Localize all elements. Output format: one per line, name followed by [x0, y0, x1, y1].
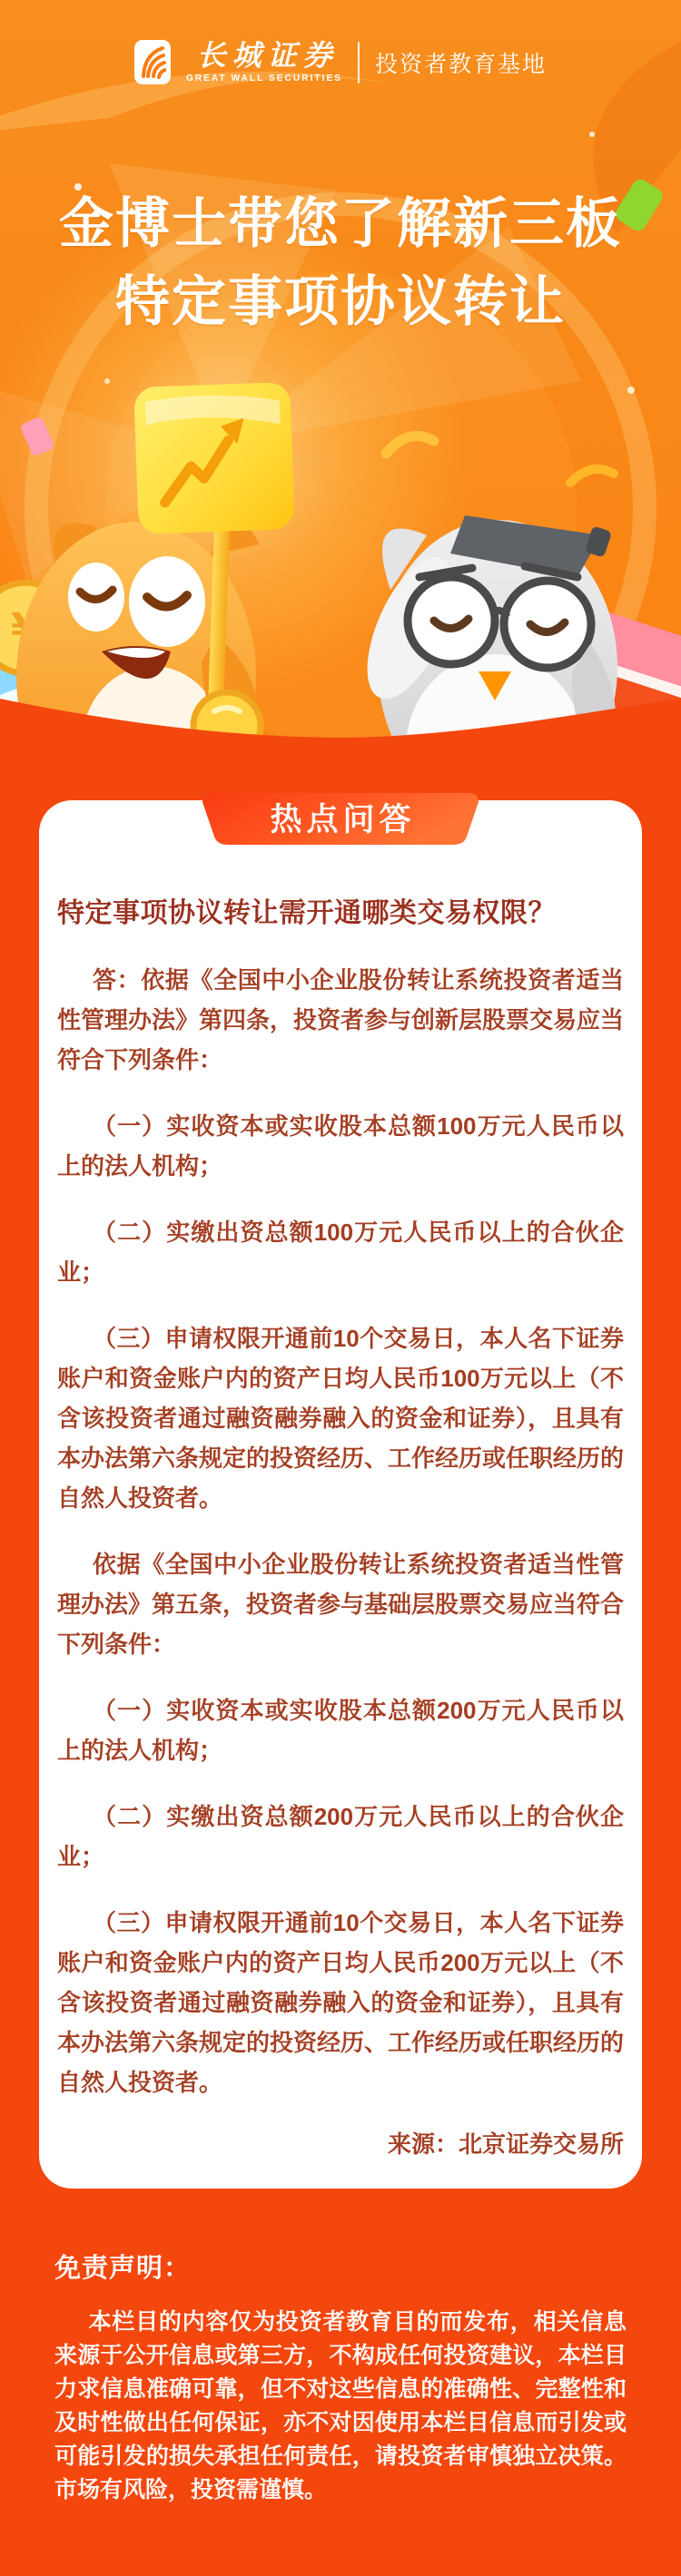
trend-chart-sign-icon: [133, 382, 295, 534]
question-title: 特定事项协议转让需开通哪类交易权限？: [57, 894, 624, 934]
source-attribution: 来源：北京证券交易所: [57, 2124, 624, 2164]
brand-name-en: GREAT WALL SECURITIES: [186, 74, 342, 83]
sparkle-icon: [589, 132, 595, 137]
answer-paragraph: （三）申请权限开通前10个交易日，本人名下证券账户和资金账户内的资产日均人民币1…: [57, 1318, 624, 1518]
header-brand-bar: 长城证券 GREAT WALL SECURITIES 投资者教育基地: [0, 40, 681, 84]
hero-title-line2: 特定事项协议转让: [0, 263, 681, 341]
answer-paragraph: 依据《全国中小企业股份转让系统投资者适当性管理办法》第五条，投资者参与基础层股票…: [57, 1544, 624, 1664]
disclaimer-section: 免责声明： 本栏目的内容仅为投资者教育目的而发布，相关信息来源于公开信息或第三方…: [54, 2250, 627, 2507]
brand-text: 长城证券 GREAT WALL SECURITIES: [186, 41, 342, 83]
hot-qa-badge: 热点问答: [195, 789, 486, 848]
answer-paragraph: 答：依据《全国中小企业股份转让系统投资者适当性管理办法》第四条，投资者参与创新层…: [57, 960, 624, 1080]
hot-qa-badge-label: 热点问答: [195, 789, 486, 848]
great-wall-logo-icon: [134, 40, 171, 84]
brand-tagline: 投资者教育基地: [375, 46, 547, 79]
brand-name-cn: 长城证券: [190, 41, 338, 70]
brand-divider: [358, 42, 360, 83]
answer-paragraph: （二）实缴出资总额200万元人民币以上的合伙企业；: [57, 1797, 624, 1876]
hero-title: 金博士带您了解新三板 特定事项协议转让: [0, 185, 681, 341]
disclaimer-title: 免责声明：: [54, 2250, 627, 2287]
answer-paragraph: （一）实收资本或实收股本总额100万元人民币以上的法人机构；: [57, 1106, 624, 1186]
hero-title-line1: 金博士带您了解新三板: [0, 185, 681, 263]
poster-page: 长城证券 GREAT WALL SECURITIES 投资者教育基地 金博士带您…: [0, 0, 681, 2576]
red-band-wave: [0, 676, 681, 739]
qa-card: 热点问答 特定事项协议转让需开通哪类交易权限？ 答：依据《全国中小企业股份转让系…: [39, 800, 642, 2189]
answer-paragraph: （二）实缴出资总额100万元人民币以上的合伙企业；: [57, 1212, 624, 1292]
answer-paragraph: （三）申请权限开通前10个交易日，本人名下证券账户和资金账户内的资产日均人民币2…: [57, 1903, 624, 2102]
answer-paragraph: （一）实收资本或实收股本总额200万元人民币以上的法人机构；: [57, 1690, 624, 1770]
disclaimer-body: 本栏目的内容仅为投资者教育目的而发布，相关信息来源于公开信息或第三方，不构成任何…: [54, 2306, 627, 2507]
